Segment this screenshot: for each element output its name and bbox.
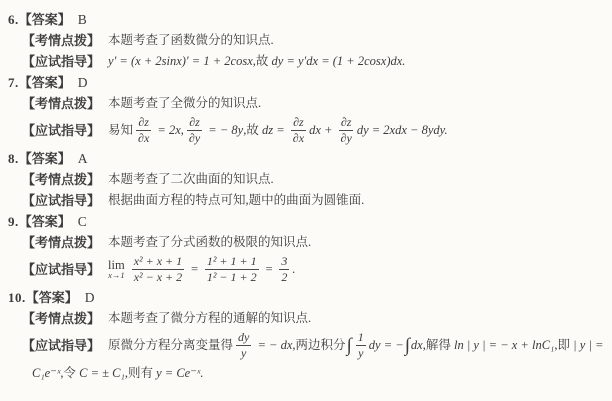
fraction: ∂z∂x (136, 116, 151, 145)
guide-content: 易知∂z∂x = 2x,∂z∂y = − 8y,故 dz = ∂z∂xdx + … (108, 116, 448, 145)
fraction: ∂z∂y (339, 116, 354, 145)
math-run: = − 8y (205, 122, 243, 139)
text-run: ,则有 (125, 365, 156, 382)
math-run: dy = y′dx = (1 + 2cosx)dx. (272, 53, 406, 70)
question-block: 8.【答案】A 【考情点拨】 本题考查了二次曲面的知识点. 【应试指导】 根据曲… (8, 150, 604, 209)
answer-letter: C (78, 213, 87, 230)
answer-line: 8.【答案】A (8, 150, 604, 167)
math-run: dy = − (369, 337, 404, 354)
fraction: 32 (279, 255, 289, 284)
text-run: ,故 (253, 53, 272, 70)
text-run: ,故 (243, 122, 262, 139)
math-run: dz = (262, 122, 288, 139)
math-run: dy = 2xdx − 8ydy. (357, 122, 448, 139)
answer-line: 10.【答案】D (8, 289, 604, 306)
guide-label: 【应试指导】 (22, 192, 100, 209)
math-run: C = ± C₁ (79, 365, 125, 382)
points-label: 【考情点拨】 (22, 234, 100, 251)
math-run: dx (411, 337, 423, 354)
limit-operator: limx→1 (108, 259, 125, 280)
points-label: 【考情点拨】 (22, 95, 100, 112)
text-run: 易知 (108, 122, 133, 139)
text-run: ,即 (554, 337, 573, 354)
math-run: dx + (309, 122, 335, 139)
answer-label: 【答案】 (19, 150, 71, 167)
points-text: 本题考查了分式函数的极限的知识点. (108, 234, 311, 251)
points-text: 本题考查了微分方程的通解的知识点. (108, 310, 311, 327)
guide-content: limx→1x² + x + 1x² − x + 2 = 1² + 1 + 11… (108, 255, 295, 284)
math-run: = − dx (254, 337, 292, 354)
math-run: ln | y | = − x + lnC₁ (454, 337, 554, 354)
math-run: = 2x, (154, 122, 184, 139)
points-text: 本题考查了二次曲面的知识点. (108, 171, 274, 188)
text-run: ,令 (60, 365, 79, 382)
answer-letter: D (85, 289, 95, 306)
answer-label: 【答案】 (19, 74, 71, 91)
points-label: 【考情点拨】 (22, 171, 100, 188)
fraction: ∂z∂x (291, 116, 306, 145)
exam-points-line: 【考情点拨】 本题考查了函数微分的知识点. (22, 32, 604, 49)
math-run: y = Ce⁻ˣ. (156, 365, 203, 382)
answer-label: 【答案】 (19, 213, 71, 230)
answer-label: 【答案】 (19, 11, 71, 28)
guide-line: 【应试指导】 limx→1x² + x + 1x² − x + 2 = 1² +… (22, 255, 604, 284)
answer-letter: D (78, 74, 88, 91)
question-number: 9. (8, 213, 19, 230)
integral-sign: ∫ (405, 336, 410, 355)
exam-points-line: 【考情点拨】 本题考查了微分方程的通解的知识点. (22, 310, 604, 327)
exam-points-line: 【考情点拨】 本题考查了二次曲面的知识点. (22, 171, 604, 188)
question-block: 9.【答案】C 【考情点拨】 本题考查了分式函数的极限的知识点. 【应试指导】 … (8, 213, 604, 284)
question-block: 7.【答案】D 【考情点拨】 本题考查了全微分的知识点. 【应试指导】 易知∂z… (8, 74, 604, 145)
question-number: 6. (8, 11, 19, 28)
points-text: 本题考查了全微分的知识点. (108, 95, 261, 112)
guide-content: 根据曲面方程的特点可知,题中的曲面为圆锥面. (108, 192, 364, 209)
answer-sheet: 6.【答案】B 【考情点拨】 本题考查了函数微分的知识点. 【应试指导】 y′ … (0, 0, 612, 401)
guide-label: 【应试指导】 (22, 53, 100, 70)
guide-content: 原微分方程分离变量得dyy = − dx,两边积分∫1ydy = −∫dx,解得… (108, 331, 603, 360)
text-run: ,两边积分 (292, 337, 345, 354)
exam-points-line: 【考情点拨】 本题考查了分式函数的极限的知识点. (22, 234, 604, 251)
text-run: 根据曲面方程的特点可知,题中的曲面为圆锥面. (108, 192, 364, 209)
fraction: ∂z∂y (187, 116, 202, 145)
fraction: 1y (356, 331, 366, 360)
question-block: 10.【答案】D 【考情点拨】 本题考查了微分方程的通解的知识点. 【应试指导】… (8, 289, 604, 382)
fraction: 1² + 1 + 11² − 1 + 2 (205, 255, 259, 284)
answer-line: 6.【答案】B (8, 11, 604, 28)
question-number: 7. (8, 74, 19, 91)
question-number: 8. (8, 150, 19, 167)
math-run: . (292, 261, 295, 278)
question-number: 10. (8, 289, 26, 306)
integral-sign: ∫ (347, 336, 352, 355)
guide-continuation-line: C₁e⁻ˣ,令 C = ± C₁,则有 y = Ce⁻ˣ. (32, 365, 604, 382)
question-block: 6.【答案】B 【考情点拨】 本题考查了函数微分的知识点. 【应试指导】 y′ … (8, 11, 604, 70)
exam-points-line: 【考情点拨】 本题考查了全微分的知识点. (22, 95, 604, 112)
guide-content: y′ = (x + 2sinx)′ = 1 + 2cosx,故 dy = y′d… (108, 53, 405, 70)
guide-line: 【应试指导】 易知∂z∂x = 2x,∂z∂y = − 8y,故 dz = ∂z… (22, 116, 604, 145)
math-run: y′ = (x + 2sinx)′ = 1 + 2cosx (108, 53, 253, 70)
math-run: | y | = (573, 337, 603, 354)
math-run: = (262, 261, 277, 278)
guide-line: 【应试指导】 根据曲面方程的特点可知,题中的曲面为圆锥面. (22, 192, 604, 209)
guide-line: 【应试指导】 原微分方程分离变量得dyy = − dx,两边积分∫1ydy = … (22, 331, 604, 360)
points-label: 【考情点拨】 (22, 32, 100, 49)
guide-label: 【应试指导】 (22, 122, 100, 139)
points-text: 本题考查了函数微分的知识点. (108, 32, 274, 49)
answer-line: 7.【答案】D (8, 74, 604, 91)
answer-letter: B (78, 11, 87, 28)
math-run: = (187, 261, 202, 278)
guide-line: 【应试指导】 y′ = (x + 2sinx)′ = 1 + 2cosx,故 d… (22, 53, 604, 70)
guide-content-continued: C₁e⁻ˣ,令 C = ± C₁,则有 y = Ce⁻ˣ. (32, 365, 203, 382)
answer-line: 9.【答案】C (8, 213, 604, 230)
points-label: 【考情点拨】 (22, 310, 100, 327)
answer-label: 【答案】 (26, 289, 78, 306)
math-run: C₁e⁻ˣ (32, 365, 60, 382)
text-run: ,解得 (423, 337, 454, 354)
answer-letter: A (78, 150, 88, 167)
guide-label: 【应试指导】 (22, 337, 100, 354)
fraction: dyy (236, 331, 251, 360)
guide-label: 【应试指导】 (22, 261, 100, 278)
text-run: 原微分方程分离变量得 (108, 337, 233, 354)
fraction: x² + x + 1x² − x + 2 (132, 255, 184, 284)
